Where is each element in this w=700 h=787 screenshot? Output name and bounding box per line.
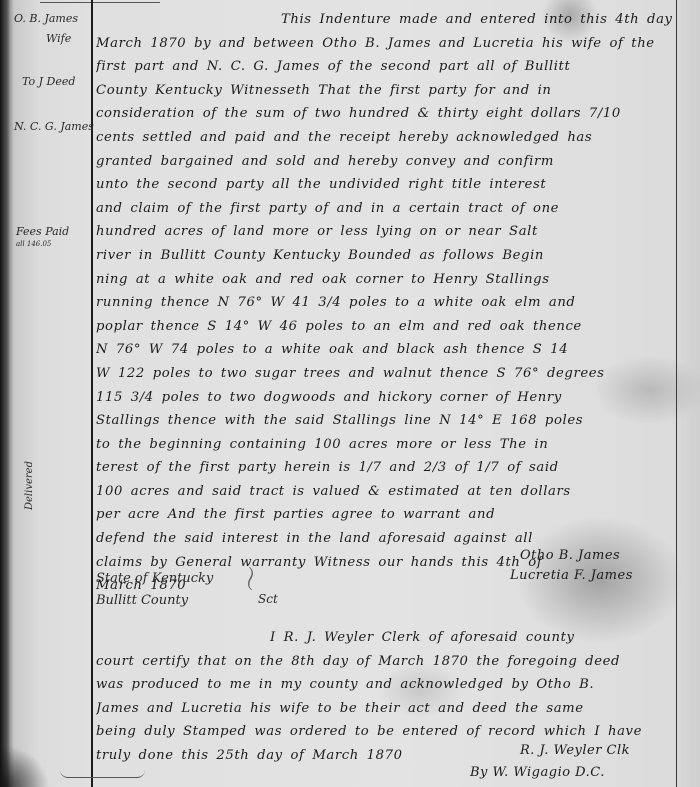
margin-note-wife: Wife — [46, 32, 71, 45]
body-line: first part and N. C. G. James of the sec… — [96, 55, 674, 79]
venue-state: State of Kentucky — [96, 568, 213, 590]
body-line: per acre And the first parties agree to … — [96, 503, 674, 527]
body-line: unto the second party all the undivided … — [96, 173, 674, 197]
scanned-deed-page: O. B. James Wife To J Deed N. C. G. Jame… — [0, 0, 700, 787]
body-line: poplar thence S 14° W 46 poles to an elm… — [96, 315, 674, 339]
venue-county: Bullitt County — [96, 590, 213, 612]
body-line: 100 acres and said tract is valued & est… — [96, 480, 674, 504]
body-line: March 1870 by and between Otho B. James … — [96, 32, 674, 56]
body-line: river in Bullitt County Kentucky Bounded… — [96, 244, 674, 268]
certificate-line: I R. J. Weyler Clerk of aforesaid county — [96, 626, 674, 650]
right-rule-line — [676, 0, 677, 787]
body-line: cents settled and paid and the receipt h… — [96, 126, 674, 150]
body-line: ning at a white oak and red oak corner t… — [96, 268, 674, 292]
margin-rule-line — [91, 0, 93, 787]
body-line: County Kentucky Witnesseth That the firs… — [96, 79, 674, 103]
body-line: N 76° W 74 poles to a white oak and blac… — [96, 338, 674, 362]
body-line: W 122 poles to two sugar trees and walnu… — [96, 362, 674, 386]
body-line: running thence N 76° W 41 3/4 poles to a… — [96, 291, 674, 315]
margin-note-fees-amount: all 146.05 — [16, 240, 51, 248]
body-line: consideration of the sum of two hundred … — [96, 102, 674, 126]
signature-otho-james: Otho B. James — [520, 548, 620, 563]
body-line: to the beginning containing 100 acres mo… — [96, 433, 674, 457]
page-binding-shadow — [0, 0, 10, 787]
venue-sct: Sct — [258, 592, 278, 606]
venue-block: State of Kentucky Bullitt County — [96, 568, 213, 612]
margin-note-deed: To J Deed — [22, 75, 75, 88]
body-line: and claim of the first party of and in a… — [96, 197, 674, 221]
indenture-body: This Indenture made and entered into thi… — [96, 8, 674, 598]
bottom-margin-flourish — [60, 770, 145, 778]
body-line: terest of the first party herein is 1/7 … — [96, 456, 674, 480]
margin-note-grantor: O. B. James — [14, 12, 78, 25]
margin-note-grantee: N. C. G. James — [14, 120, 94, 133]
venue-brace-icon: 〜 — [233, 565, 270, 591]
certificate-line: was produced to me in my county and ackn… — [96, 673, 674, 697]
body-line: 115 3/4 poles to two dogwoods and hickor… — [96, 386, 674, 410]
clerk-signature: R. J. Weyler Clk — [520, 743, 630, 758]
body-line: Stallings thence with the said Stallings… — [96, 409, 674, 433]
body-line: hundred acres of land more or less lying… — [96, 220, 674, 244]
margin-note-delivered: Delivered — [24, 461, 35, 510]
deputy-clerk-signature: By W. Wigagio D.C. — [470, 765, 605, 780]
certificate-line: court certify that on the 8th day of Mar… — [96, 650, 674, 674]
certificate-line: being duly Stamped was ordered to be ent… — [96, 720, 674, 744]
signature-lucretia-james: Lucretia F. James — [510, 568, 633, 583]
margin-note-fees-paid: Fees Paid — [16, 225, 69, 238]
body-line: This Indenture made and entered into thi… — [96, 8, 674, 32]
certificate-line: James and Lucretia his wife to be their … — [96, 697, 674, 721]
top-flourish-rule — [40, 0, 160, 3]
body-line: granted bargained and sold and hereby co… — [96, 150, 674, 174]
